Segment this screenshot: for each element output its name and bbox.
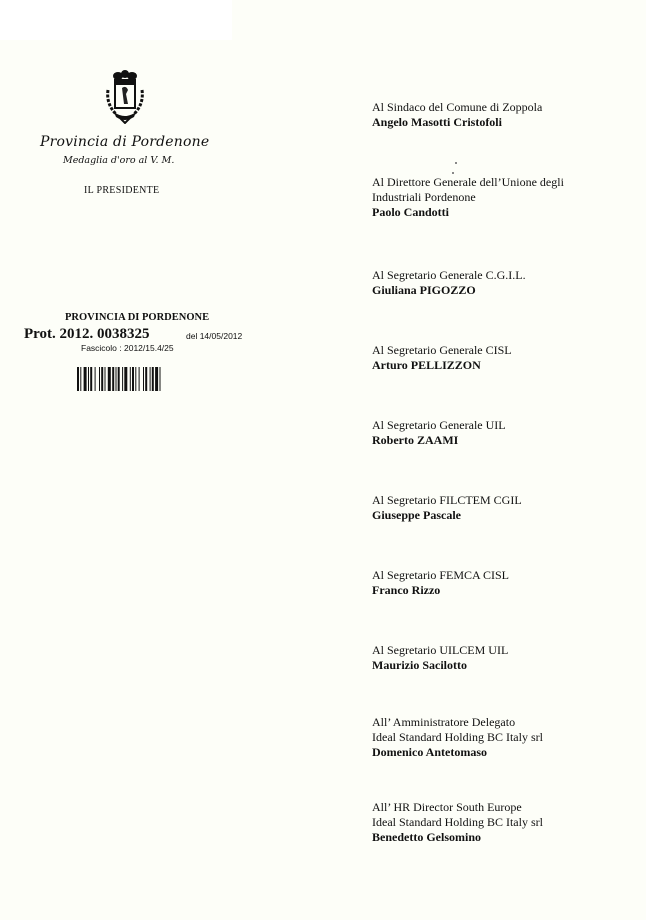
scan-speck <box>455 162 457 164</box>
recipient-role: Al Segretario Generale UIL <box>372 418 632 433</box>
recipient-block: All’ Amministratore DelegatoIdeal Standa… <box>372 715 632 760</box>
recipient-block: Al Segretario UILCEM UILMaurizio Sacilot… <box>372 643 632 673</box>
recipient-role: Al Sindaco del Comune di Zoppola <box>372 100 632 115</box>
coat-of-arms-icon <box>102 70 148 124</box>
recipient-block: Al Sindaco del Comune di ZoppolaAngelo M… <box>372 100 632 130</box>
recipient-name: Roberto ZAAMI <box>372 433 632 448</box>
recipient-name: Franco Rizzo <box>372 583 632 598</box>
recipient-role: Al Segretario Generale CISL <box>372 343 632 358</box>
recipient-role: Al Segretario FILCTEM CGIL <box>372 493 632 508</box>
protocol-number: Prot. 2012. 0038325 <box>24 326 150 343</box>
recipient-name: Maurizio Sacilotto <box>372 658 632 673</box>
recipient-role: Al Segretario UILCEM UIL <box>372 643 632 658</box>
recipient-role: Al Segretario FEMCA CISL <box>372 568 632 583</box>
recipient-block: Al Segretario Generale CISLArturo PELLIZ… <box>372 343 632 373</box>
recipient-block: All’ HR Director South EuropeIdeal Stand… <box>372 800 632 845</box>
recipient-role: Ideal Standard Holding BC Italy srl <box>372 730 632 745</box>
recipient-block: Al Segretario FEMCA CISLFranco Rizzo <box>372 568 632 598</box>
scan-speck <box>452 172 454 174</box>
barcode-icon <box>77 367 217 391</box>
recipient-role: All’ HR Director South Europe <box>372 800 632 815</box>
recipient-role: Al Segretario Generale C.G.I.L. <box>372 268 632 283</box>
letterhead-office: IL PRESIDENTE <box>84 185 159 196</box>
recipient-name: Benedetto Gelsomino <box>372 830 632 845</box>
protocol-date: del 14/05/2012 <box>186 331 242 341</box>
recipient-name: Domenico Antetomaso <box>372 745 632 760</box>
recipient-name: Paolo Candotti <box>372 205 632 220</box>
recipient-name: Giuseppe Pascale <box>372 508 632 523</box>
recipient-role: Al Direttore Generale dell’Unione degli <box>372 175 632 190</box>
recipient-role: Industriali Pordenone <box>372 190 632 205</box>
recipient-role: Ideal Standard Holding BC Italy srl <box>372 815 632 830</box>
recipient-name: Arturo PELLIZZON <box>372 358 632 373</box>
stamp-organization: PROVINCIA DI PORDENONE <box>65 312 209 323</box>
letterhead-title: Provincia di Pordenone <box>40 134 230 150</box>
recipient-block: Al Segretario FILCTEM CGILGiuseppe Pasca… <box>372 493 632 523</box>
recipient-block: Al Direttore Generale dell’Unione degliI… <box>372 175 632 220</box>
file-reference: Fascicolo : 2012/15.4/25 <box>81 343 174 353</box>
recipient-name: Giuliana PIGOZZO <box>372 283 632 298</box>
recipient-block: Al Segretario Generale UILRoberto ZAAMI <box>372 418 632 448</box>
letterhead-subtitle: Medaglia d'oro al V. M. <box>63 155 174 166</box>
recipient-block: Al Segretario Generale C.G.I.L.Giuliana … <box>372 268 632 298</box>
recipient-role: All’ Amministratore Delegato <box>372 715 632 730</box>
recipient-name: Angelo Masotti Cristofoli <box>372 115 632 130</box>
scan-artifact <box>0 0 232 40</box>
